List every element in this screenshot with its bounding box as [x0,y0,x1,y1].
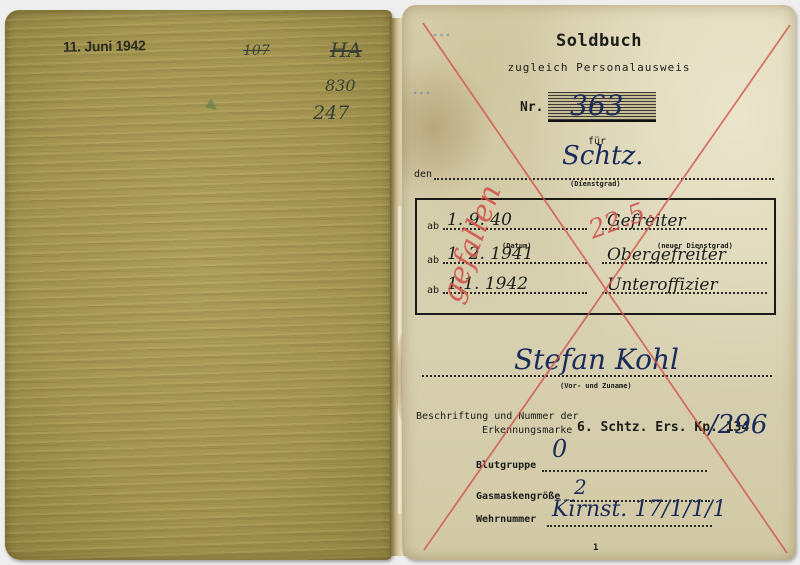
number-label: Nr. [520,100,543,115]
date-stamp: 11. Juni 1942 [63,37,146,54]
identity-tag-label: Beschriftung und Nummer der [416,411,579,422]
gas-mask-value: 2 [574,475,587,499]
pencil-note: 247 [313,102,349,124]
rank-caption: (Dienstgrad) [570,180,621,188]
name-caption: (Vor- und Zuname) [560,382,632,390]
inside-front-cover: 11. Juni 1942 107 HA 830 247 [5,10,392,560]
gas-mask-label: Gasmaskengröße [476,491,560,502]
initial-rank: Schtz. [562,141,644,171]
soldbuch-page-1: ... ... Soldbuch zugleich Personalauswei… [402,5,796,560]
den-row: den [414,169,774,180]
military-number-value: Kirnst. 17/1/1/1 [552,497,727,522]
ink-mark [205,98,217,110]
pencil-note: 830 [325,76,356,95]
soldbuch-number: 363 [570,89,623,122]
dotted-line [422,375,772,377]
ab-label: ab [427,255,439,266]
pencil-note: 107 [243,43,270,59]
promotion-row: ab 1.1. 1942 Unteroffizier [427,276,767,296]
page-title: Soldbuch [402,31,796,51]
dotted-line [542,470,707,472]
identity-tag-number: /296 [709,410,767,440]
faded-handwriting: ... [412,75,431,99]
dotted-line [547,525,712,527]
page-subtitle: zugleich Personalausweis [402,61,796,74]
blood-group-label: Blutgruppe [476,460,536,471]
dotted-line [434,169,774,180]
ab-label: ab [427,221,439,232]
promotion-rank: Obergefreiter [607,245,726,265]
military-number-label: Wehrnummer [476,514,536,525]
den-label: den [414,169,432,180]
blood-group-value: 0 [552,435,567,463]
promotion-rank: Unteroffizier [607,275,718,295]
pencil-note: HA [330,38,362,62]
soldier-name: Stefan Kohl [514,343,679,376]
page-number: 1 [593,543,598,553]
